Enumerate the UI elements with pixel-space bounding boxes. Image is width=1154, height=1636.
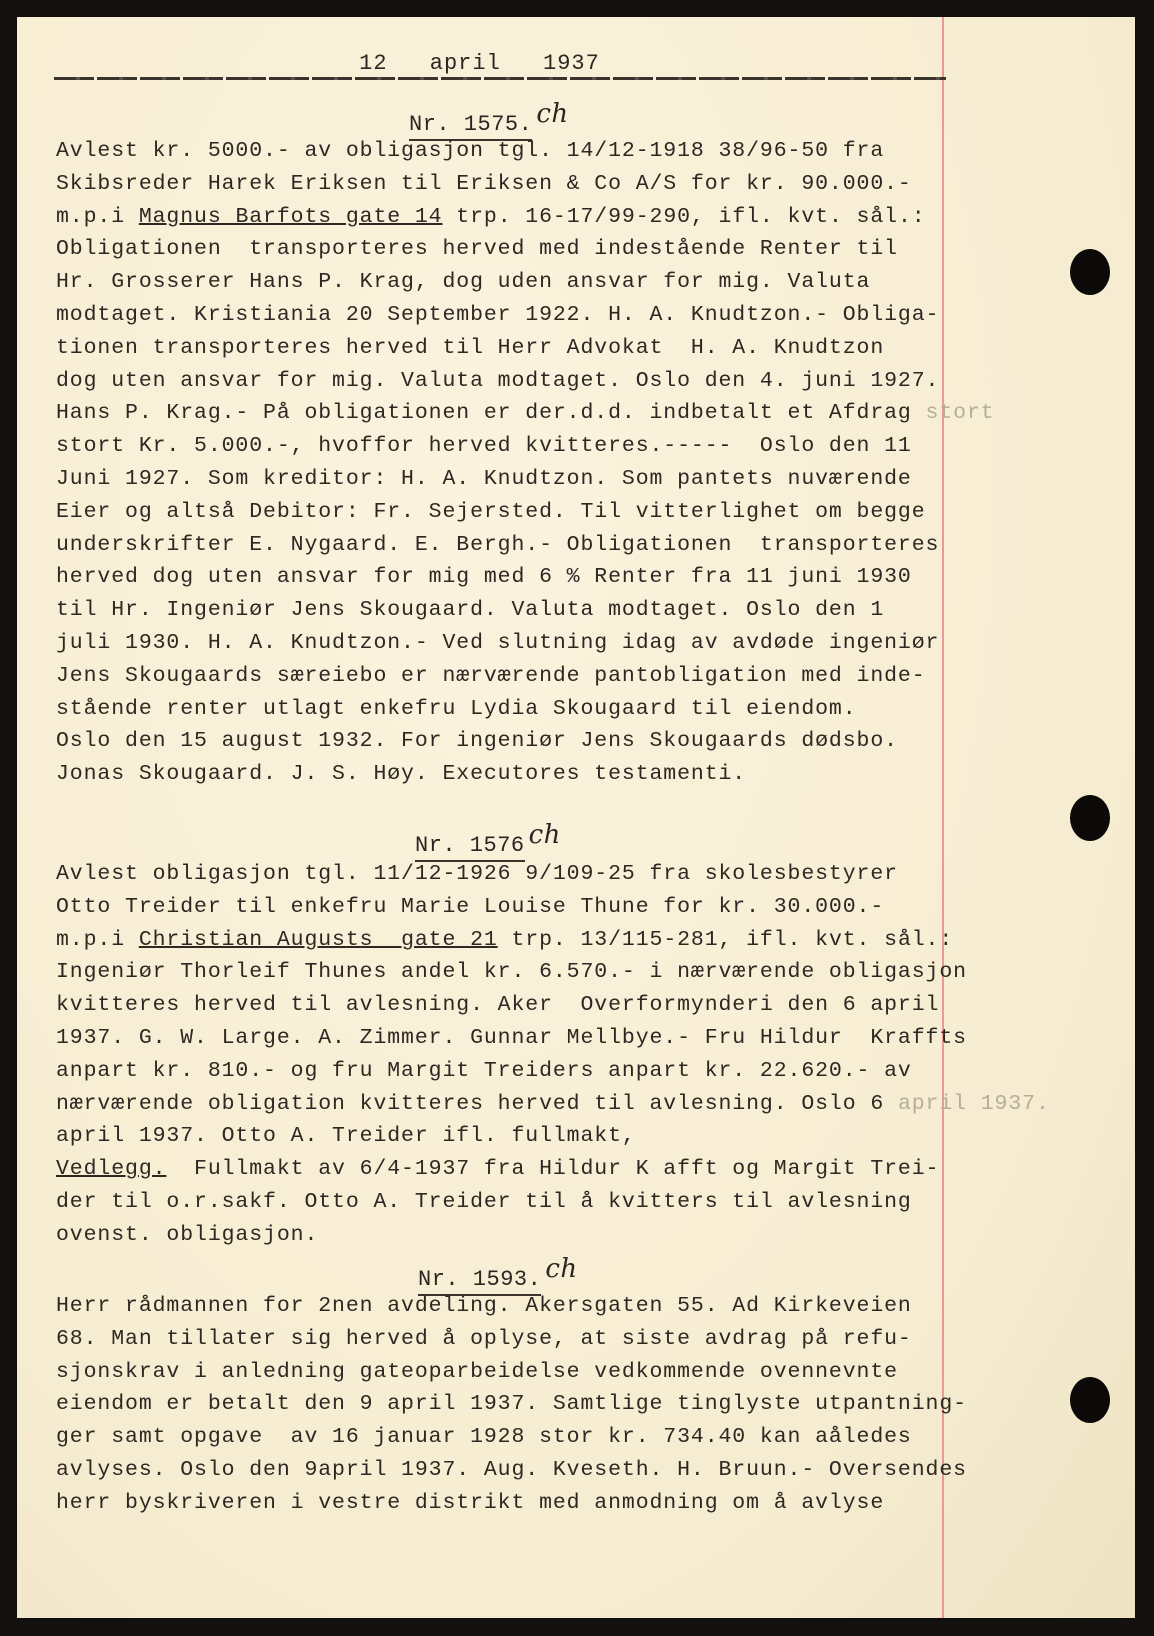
typed-text-line: anpart kr. 810.- og fru Margit Treiders …: [56, 1054, 912, 1088]
line-text: Herr rådmannen for 2nen avdeling. Akersg…: [56, 1294, 912, 1318]
typed-text-line: stort Kr. 5.000.-, hvoffor herved kvitte…: [56, 429, 912, 463]
line-text: Jens Skougaards særeiebo er nærværende p…: [56, 664, 926, 688]
line-text: juli 1930. H. A. Knudtzon.- Ved slutning…: [56, 631, 939, 655]
typed-text-line: Obligationen transporteres herved med in…: [56, 232, 898, 266]
line-text: Otto Treider til enkefru Marie Louise Th…: [56, 895, 884, 919]
entry-number-heading: Nr. 1575.ch: [409, 107, 569, 137]
line-text: m.p.i: [56, 928, 139, 952]
line-text: modtaget. Kristiania 20 September 1922. …: [56, 303, 939, 327]
typed-text-line: nærværende obligation kvitteres herved t…: [56, 1087, 1050, 1121]
line-text: sjonskrav i anledning gateoparbeidelse v…: [56, 1360, 898, 1384]
typed-text-line: Hans P. Krag.- På obligationen er der.d.…: [56, 396, 995, 430]
line-text: april 1937. Otto A. Treider ifl. fullmak…: [56, 1124, 636, 1148]
typed-text-line: 1937. G. W. Large. A. Zimmer. Gunnar Mel…: [56, 1021, 967, 1055]
typed-text-line: Eier og altså Debitor: Fr. Sejersted. Ti…: [56, 495, 926, 529]
typed-text-line: stående renter utlagt enkefru Lydia Skou…: [56, 692, 857, 726]
typed-text-line: herr byskriveren i vestre distrikt med a…: [56, 1486, 884, 1520]
typed-text-line: Jens Skougaards særeiebo er nærværende p…: [56, 659, 926, 693]
typed-text-line: Oslo den 15 august 1932. For ingeniør Je…: [56, 724, 898, 758]
date-day: 12: [359, 51, 387, 76]
line-text: tionen transporteres herved til Herr Adv…: [56, 336, 884, 360]
punch-hole-icon: [1070, 795, 1110, 841]
page-date-header: 12 april 1937: [17, 51, 942, 76]
handwritten-initials: ch: [545, 1254, 577, 1284]
underlined-address: Magnus Barfots gate 14: [139, 205, 443, 229]
entry-number-heading: Nr. 1576ch: [415, 828, 561, 858]
underlined-address: Vedlegg.: [56, 1157, 166, 1181]
line-text: Skibsreder Harek Eriksen til Eriksen & C…: [56, 172, 912, 196]
bleed-through-text: stort: [912, 401, 995, 425]
typed-text-line: juli 1930. H. A. Knudtzon.- Ved slutning…: [56, 626, 939, 660]
typed-text-line: Ingeniør Thorleif Thunes andel kr. 6.570…: [56, 955, 967, 989]
line-text: Hr. Grosserer Hans P. Krag, dog uden ans…: [56, 270, 870, 294]
entry-number-heading: Nr. 1593.ch: [418, 1262, 578, 1292]
typed-text-line: Juni 1927. Som kreditor: H. A. Knudtzon.…: [56, 462, 912, 496]
line-text: avlyses. Oslo den 9april 1937. Aug. Kves…: [56, 1458, 967, 1482]
line-text: 1937. G. W. Large. A. Zimmer. Gunnar Mel…: [56, 1026, 967, 1050]
line-text: Ingeniør Thorleif Thunes andel kr. 6.570…: [56, 960, 967, 984]
line-text: til Hr. Ingeniør Jens Skougaard. Valuta …: [56, 598, 884, 622]
line-text: stort Kr. 5.000.-, hvoffor herved kvitte…: [56, 434, 912, 458]
typed-text-line: m.p.i Magnus Barfots gate 14 trp. 16-17/…: [56, 200, 926, 234]
date-month: april: [430, 51, 501, 76]
line-text: stående renter utlagt enkefru Lydia Skou…: [56, 697, 857, 721]
typed-text-line: herved dog uten ansvar for mig med 6 % R…: [56, 560, 912, 594]
line-text: ovenst. obligasjon.: [56, 1223, 318, 1247]
line-text: kvitteres herved til avlesning. Aker Ove…: [56, 993, 939, 1017]
typed-text-line: ovenst. obligasjon.: [56, 1218, 318, 1252]
typed-text-line: tionen transporteres herved til Herr Adv…: [56, 331, 884, 365]
header-rule: [54, 77, 946, 80]
typed-text-line: april 1937. Otto A. Treider ifl. fullmak…: [56, 1119, 636, 1153]
line-text: herr byskriveren i vestre distrikt med a…: [56, 1491, 884, 1515]
typed-text-line: sjonskrav i anledning gateoparbeidelse v…: [56, 1355, 898, 1389]
typed-text-line: 68. Man tillater sig herved å oplyse, at…: [56, 1322, 912, 1356]
typed-text-line: m.p.i Christian Augusts gate 21 trp. 13/…: [56, 923, 953, 957]
line-text: dog uten ansvar for mig. Valuta modtaget…: [56, 369, 939, 393]
line-text: anpart kr. 810.- og fru Margit Treiders …: [56, 1059, 912, 1083]
typed-text-line: avlyses. Oslo den 9april 1937. Aug. Kves…: [56, 1453, 967, 1487]
line-text: herved dog uten ansvar for mig med 6 % R…: [56, 565, 912, 589]
date-year: 1937: [543, 51, 600, 76]
line-text: Hans P. Krag.- På obligationen er der.d.…: [56, 401, 912, 425]
typed-text-line: Avlest kr. 5000.- av obligasjon tgl. 14/…: [56, 134, 884, 168]
line-text: 68. Man tillater sig herved å oplyse, at…: [56, 1327, 912, 1351]
punch-hole-icon: [1070, 249, 1110, 295]
line-text: Fullmakt av 6/4-1937 fra Hildur K afft o…: [166, 1157, 939, 1181]
typed-text-line: der til o.r.sakf. Otto A. Treider til å …: [56, 1185, 912, 1219]
punch-hole-icon: [1070, 1377, 1110, 1423]
line-text: Jonas Skougaard. J. S. Høy. Executores t…: [56, 762, 746, 786]
typed-text-line: ger samt opgave av 16 januar 1928 stor k…: [56, 1420, 912, 1454]
typed-text-line: eiendom er betalt den 9 april 1937. Samt…: [56, 1387, 967, 1421]
typed-text-line: Vedlegg. Fullmakt av 6/4-1937 fra Hildur…: [56, 1152, 939, 1186]
typed-text-line: modtaget. Kristiania 20 September 1922. …: [56, 298, 939, 332]
typed-text-line: Skibsreder Harek Eriksen til Eriksen & C…: [56, 167, 912, 201]
line-text: Avlest kr. 5000.- av obligasjon tgl. 14/…: [56, 139, 884, 163]
line-text: trp. 16-17/99-290, ifl. kvt. sål.:: [442, 205, 925, 229]
typed-text-line: kvitteres herved til avlesning. Aker Ove…: [56, 988, 939, 1022]
line-text: nærværende obligation kvitteres herved t…: [56, 1092, 884, 1116]
handwritten-initials: ch: [536, 99, 568, 129]
bleed-through-text: april 1937.: [884, 1092, 1050, 1116]
typed-text-line: Herr rådmannen for 2nen avdeling. Akersg…: [56, 1289, 912, 1323]
line-text: trp. 13/115-281, ifl. kvt. sål.:: [498, 928, 953, 952]
typed-text-line: Avlest obligasjon tgl. 11/12-1926 9/109-…: [56, 857, 898, 891]
line-text: underskrifter E. Nygaard. E. Bergh.- Obl…: [56, 533, 939, 557]
document-page: 12 april 1937 Nr. 1575.chAvlest kr. 5000…: [17, 17, 1135, 1618]
line-text: Avlest obligasjon tgl. 11/12-1926 9/109-…: [56, 862, 898, 886]
line-text: ger samt opgave av 16 januar 1928 stor k…: [56, 1425, 912, 1449]
line-text: Eier og altså Debitor: Fr. Sejersted. Ti…: [56, 500, 926, 524]
line-text: Oslo den 15 august 1932. For ingeniør Je…: [56, 729, 898, 753]
typed-text-line: dog uten ansvar for mig. Valuta modtaget…: [56, 364, 939, 398]
line-text: m.p.i: [56, 205, 139, 229]
typed-text-line: Jonas Skougaard. J. S. Høy. Executores t…: [56, 757, 746, 791]
handwritten-initials: ch: [529, 820, 561, 850]
typed-text-line: til Hr. Ingeniør Jens Skougaard. Valuta …: [56, 593, 884, 627]
line-text: Obligationen transporteres herved med in…: [56, 237, 898, 261]
typed-text-line: Otto Treider til enkefru Marie Louise Th…: [56, 890, 884, 924]
line-text: Juni 1927. Som kreditor: H. A. Knudtzon.…: [56, 467, 912, 491]
line-text: eiendom er betalt den 9 april 1937. Samt…: [56, 1392, 967, 1416]
underlined-address: Christian Augusts gate 21: [139, 928, 498, 952]
line-text: der til o.r.sakf. Otto A. Treider til å …: [56, 1190, 912, 1214]
typed-text-line: underskrifter E. Nygaard. E. Bergh.- Obl…: [56, 528, 939, 562]
red-margin-line: [942, 17, 944, 1618]
typed-text-line: Hr. Grosserer Hans P. Krag, dog uden ans…: [56, 265, 870, 299]
